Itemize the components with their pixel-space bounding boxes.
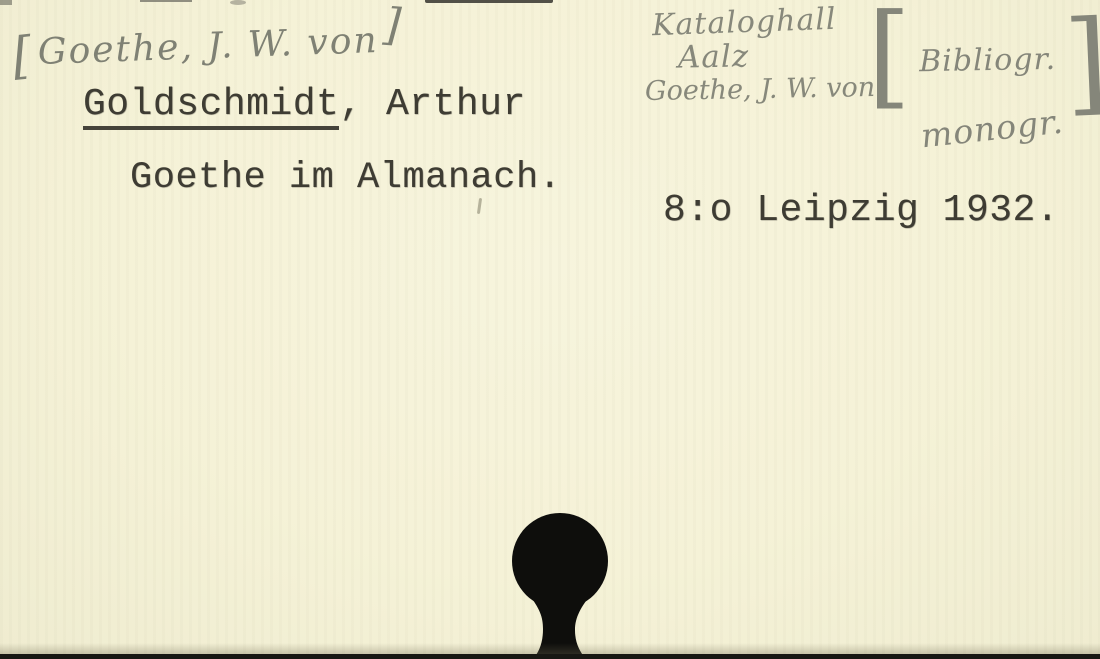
handwritten-note-shelfmark: Aalz: [678, 41, 750, 73]
category-bracket-close-icon: ]: [1062, 8, 1100, 116]
card-bottom-edge: [0, 654, 1100, 659]
handwritten-author-heading: [Goethe, J. W. von]: [11, 9, 404, 73]
category-line-bibliogr: Bibliogr.: [919, 45, 1063, 77]
typed-author-line: Goldschmidt, Arthur: [83, 86, 526, 124]
catalog-card: [Goethe, J. W. von] Goldschmidt, Arthur …: [0, 0, 1100, 659]
author-surname-underlined: Goldschmidt: [83, 83, 339, 130]
handwritten-author-heading-text: Goethe, J. W. von: [37, 20, 379, 73]
scan-artifact-top-thin-line: [140, 0, 192, 2]
category-bracket-open-icon: [: [867, 3, 911, 109]
category-line-monogr: monogr.: [919, 105, 1065, 153]
scan-artifact-corner-smudge: [0, 0, 12, 5]
category-label-lines: Bibliogr. monogr.: [910, 1, 1066, 179]
handwritten-note-author-ref: Goethe, J. W. von: [645, 74, 876, 105]
scan-artifact-top-line: [425, 0, 553, 3]
hand-bracket-close-icon: ]: [382, 3, 404, 48]
handwritten-category-label: [ Bibliogr. monogr. ]: [866, 0, 1100, 179]
hand-bracket-open-icon: [: [10, 29, 37, 81]
typed-title-line: Goethe im Almanach.: [130, 160, 561, 197]
handwritten-note-kataloghall: Kataloghall: [652, 5, 837, 41]
author-forename: , Arthur: [339, 83, 525, 126]
stray-pencil-mark: [477, 198, 482, 214]
typed-imprint-line: 8:o Leipzig 1932.: [663, 192, 1059, 230]
scan-artifact-top-smudge: [230, 0, 246, 5]
punch-hole-icon: [498, 505, 620, 659]
